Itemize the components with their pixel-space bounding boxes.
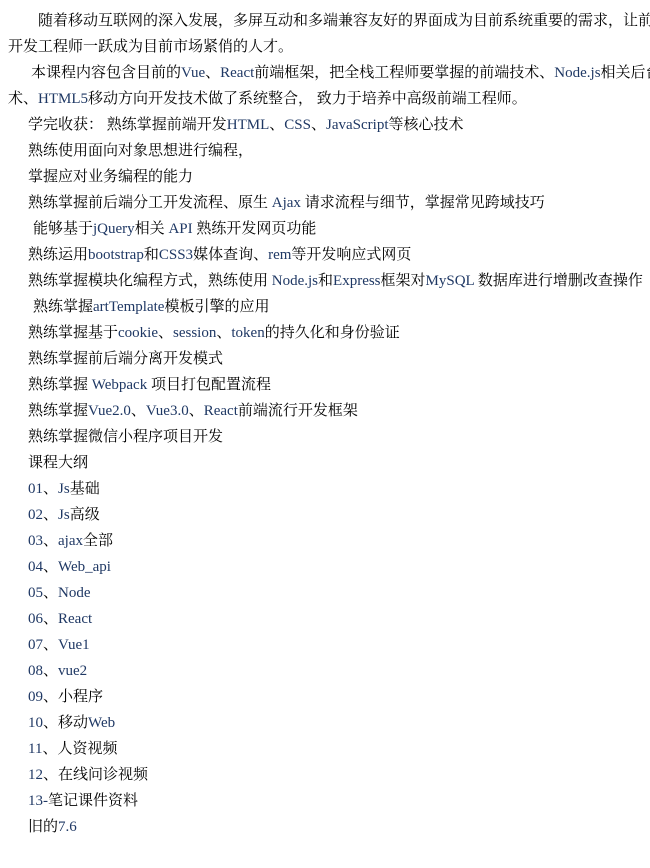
latin-text-run: API	[165, 221, 197, 237]
latin-text-run: Web	[88, 715, 115, 731]
text-line: 08、vue2	[8, 658, 646, 684]
text-line: 10、移动Web	[8, 710, 646, 736]
text-line: 学完收获： 熟练掌握前端开发HTML、CSS、JavaScript等核心技术	[8, 112, 646, 138]
cjk-text-run: 的持久化和身份验证	[265, 325, 400, 341]
text-line: 能够基于jQuery相关 API 熟练开发网页功能	[8, 216, 646, 242]
latin-text-run: 03	[28, 533, 43, 549]
latin-text-run: vue2	[58, 663, 87, 679]
latin-text-run: 12	[28, 767, 43, 783]
cjk-text-run: 笔记课件资料	[48, 793, 138, 809]
latin-text-run: 09	[28, 689, 43, 705]
latin-text-run: 06	[28, 611, 43, 627]
cjk-text-run: 、移动	[43, 715, 88, 731]
latin-text-run: CSS	[284, 117, 311, 133]
cjk-text-run: 模板引擎的应用	[164, 299, 269, 315]
cjk-text-run: 框架对	[381, 273, 426, 289]
cjk-text-run: 、	[43, 637, 58, 653]
latin-text-run: Node	[58, 585, 91, 601]
latin-text-run: HTML5	[38, 91, 88, 107]
cjk-text-run: 前端流行开发框架	[238, 403, 358, 419]
text-line: 09、小程序	[8, 684, 646, 710]
latin-text-run: Vue3.0	[146, 403, 189, 419]
latin-text-run: rem	[268, 247, 291, 263]
text-line: 熟练掌握前后端分工开发流程、原生 Ajax 请求流程与细节，掌握常见跨域技巧	[8, 190, 646, 216]
latin-text-run: 11	[28, 741, 42, 757]
latin-text-run: Node.js	[268, 273, 318, 289]
cjk-text-run: 熟练掌握	[28, 403, 88, 419]
latin-text-run: React	[204, 403, 238, 419]
text-line: 03、ajax全部	[8, 528, 646, 554]
cjk-text-run: 全部	[83, 533, 113, 549]
text-line: 熟练掌握Vue2.0、Vue3.0、React前端流行开发框架	[8, 398, 646, 424]
cjk-text-run: 熟练运用	[28, 247, 88, 263]
text-line: 04、Web_api	[8, 554, 646, 580]
cjk-text-run: 基础	[70, 481, 100, 497]
cjk-text-run: 、	[131, 403, 146, 419]
text-line: 本课程内容包含目前的Vue、React前端框架，把全栈工程师要掌握的前端技术、N…	[8, 60, 646, 86]
latin-text-run: 02	[28, 507, 43, 523]
cjk-text-run: 、	[205, 65, 220, 81]
latin-text-run: jQuery	[93, 221, 135, 237]
latin-text-run: 05	[28, 585, 43, 601]
text-line: 01、Js基础	[8, 476, 646, 502]
cjk-text-run: 移动方向开发技术做了系统整合，	[88, 91, 313, 107]
cjk-text-run: 、	[269, 117, 284, 133]
text-line: 熟练运用bootstrap和CSS3媒体查询、rem等开发响应式网页	[8, 242, 646, 268]
cjk-text-run: 熟练掌握基于	[28, 325, 118, 341]
cjk-text-run: 、	[43, 507, 58, 523]
latin-text-run: React	[58, 611, 92, 627]
latin-text-run: CSS3	[159, 247, 193, 263]
cjk-text-run: 等开发响应式网页	[291, 247, 411, 263]
cjk-text-run: 、	[43, 585, 58, 601]
cjk-text-run: 熟练掌握微信小程序项目开发	[28, 429, 223, 445]
cjk-text-run: 、	[43, 533, 58, 549]
latin-text-run: Js	[58, 481, 70, 497]
latin-text-run: 10	[28, 715, 43, 731]
document-body: 随着移动互联网的深入发展，多屏互动和多端兼容友好的界面成为目前系统重要的需求，让…	[8, 8, 646, 840]
latin-text-run: React	[220, 65, 254, 81]
cjk-text-run: 熟练掌握前端开发	[107, 117, 227, 133]
latin-text-run: MySQL	[426, 273, 478, 289]
text-line: 掌握应对业务编程的能力	[8, 164, 646, 190]
latin-text-run: bootstrap	[88, 247, 144, 263]
cjk-text-run: 、	[311, 117, 326, 133]
cjk-text-run: 、	[189, 403, 204, 419]
latin-text-run: HTML	[227, 117, 270, 133]
text-line: 13-笔记课件资料	[8, 788, 646, 814]
latin-text-run: JavaScript	[326, 117, 388, 133]
text-line: 熟练掌握 Webpack 项目打包配置流程	[8, 372, 646, 398]
cjk-text-run: 相关后台技	[601, 65, 650, 81]
text-line: 12、在线问诊视频	[8, 762, 646, 788]
text-line: 07、Vue1	[8, 632, 646, 658]
cjk-text-run: 媒体查询、	[193, 247, 268, 263]
cjk-text-run: 开发工程师一跃成为目前市场紧俏的人才。	[8, 39, 293, 55]
text-line: 02、Js高级	[8, 502, 646, 528]
latin-text-run: Webpack	[88, 377, 151, 393]
cjk-text-run: 、人资视频	[42, 741, 117, 757]
text-line: 熟练使用面向对象思想进行编程，	[8, 138, 646, 164]
latin-text-run: Node.js	[554, 65, 600, 81]
cjk-text-run: 和	[144, 247, 159, 263]
latin-text-run: 08	[28, 663, 43, 679]
cjk-text-run: 能够基于	[33, 221, 93, 237]
text-line: 熟练掌握模块化编程方式，熟练使用 Node.js和Express框架对MySQL…	[8, 268, 646, 294]
text-line: 06、React	[8, 606, 646, 632]
document-page: 随着移动互联网的深入发展，多屏互动和多端兼容友好的界面成为目前系统重要的需求，让…	[0, 0, 650, 868]
cjk-text-run: 熟练掌握前后端分工开发流程、原生	[28, 195, 268, 211]
latin-text-run: 7.6	[58, 819, 77, 835]
cjk-text-run: 掌握应对业务编程的能力	[28, 169, 193, 185]
latin-text-run: 07	[28, 637, 43, 653]
text-line: 术、HTML5移动方向开发技术做了系统整合， 致力于培养中高级前端工程师。	[8, 86, 646, 112]
latin-text-run: artTemplate	[93, 299, 164, 315]
cjk-text-run: 、	[43, 481, 58, 497]
text-line: 熟练掌握微信小程序项目开发	[8, 424, 646, 450]
latin-text-run: Ajax	[268, 195, 305, 211]
cjk-text-run: 、小程序	[43, 689, 103, 705]
cjk-text-run: 旧的	[28, 819, 58, 835]
cjk-text-run: 、	[158, 325, 173, 341]
latin-text-run: Js	[58, 507, 70, 523]
cjk-text-run: 和	[318, 273, 333, 289]
text-line: 熟练掌握artTemplate模板引擎的应用	[8, 294, 646, 320]
cjk-text-run: 熟练掌握	[33, 299, 93, 315]
cjk-text-run: 等核心技术	[389, 117, 464, 133]
cjk-text-run: 课程大纲	[28, 455, 88, 471]
cjk-text-run: 致力于培养中高级前端工程师。	[317, 91, 527, 107]
text-line: 05、Node	[8, 580, 646, 606]
text-line: 11、人资视频	[8, 736, 646, 762]
cjk-text-run: 术、	[8, 91, 38, 107]
latin-text-run: session	[173, 325, 216, 341]
cjk-text-run: 项目打包配置流程	[151, 377, 271, 393]
cjk-text-run: 、	[43, 663, 58, 679]
text-line: 旧的7.6	[8, 814, 646, 840]
cjk-text-run: 相关	[135, 221, 165, 237]
latin-text-run: Vue1	[58, 637, 90, 653]
latin-text-run: 01	[28, 481, 43, 497]
cjk-text-run: 前端框架，把全栈工程师要掌握的前端技术、	[254, 65, 554, 81]
cjk-text-run: 、	[43, 559, 58, 575]
latin-text-run: Vue2.0	[88, 403, 131, 419]
cjk-text-run: 熟练使用面向对象思想进行编程，	[28, 143, 253, 159]
cjk-text-run: 熟练掌握	[28, 377, 88, 393]
cjk-text-run: 熟练掌握前后端分离开发模式	[28, 351, 223, 367]
cjk-text-run: 请求流程与细节，掌握常见跨域技巧	[305, 195, 545, 211]
cjk-text-run: 学完收获：	[28, 117, 103, 133]
latin-text-run: Web_api	[58, 559, 111, 575]
cjk-text-run: 、在线问诊视频	[43, 767, 148, 783]
cjk-text-run: 、	[43, 611, 58, 627]
cjk-text-run: 熟练掌握模块化编程方式，熟练使用	[28, 273, 268, 289]
cjk-text-run: 数据库进行增删改查操作	[478, 273, 643, 289]
latin-text-run: Vue	[181, 65, 205, 81]
text-line: 课程大纲	[8, 450, 646, 476]
cjk-text-run: 、	[216, 325, 231, 341]
cjk-text-run: 熟练开发网页功能	[196, 221, 316, 237]
text-line: 随着移动互联网的深入发展，多屏互动和多端兼容友好的界面成为目前系统重要的需求，让…	[8, 8, 646, 34]
text-line: 熟练掌握前后端分离开发模式	[8, 346, 646, 372]
latin-text-run: ajax	[58, 533, 83, 549]
cjk-text-run: 随着移动互联网的深入发展，多屏互动和多端兼容友好的界面成为目前系统重要的需求，让…	[38, 13, 650, 29]
cjk-text-run: 高级	[70, 507, 100, 523]
cjk-text-run: 本课程内容包含目前的	[31, 65, 181, 81]
latin-text-run: token	[231, 325, 264, 341]
text-line: 熟练掌握基于cookie、session、token的持久化和身份验证	[8, 320, 646, 346]
text-line: 开发工程师一跃成为目前市场紧俏的人才。	[8, 34, 646, 60]
latin-text-run: Express	[333, 273, 381, 289]
latin-text-run: cookie	[118, 325, 158, 341]
latin-text-run: 04	[28, 559, 43, 575]
latin-text-run: 13-	[28, 793, 48, 809]
